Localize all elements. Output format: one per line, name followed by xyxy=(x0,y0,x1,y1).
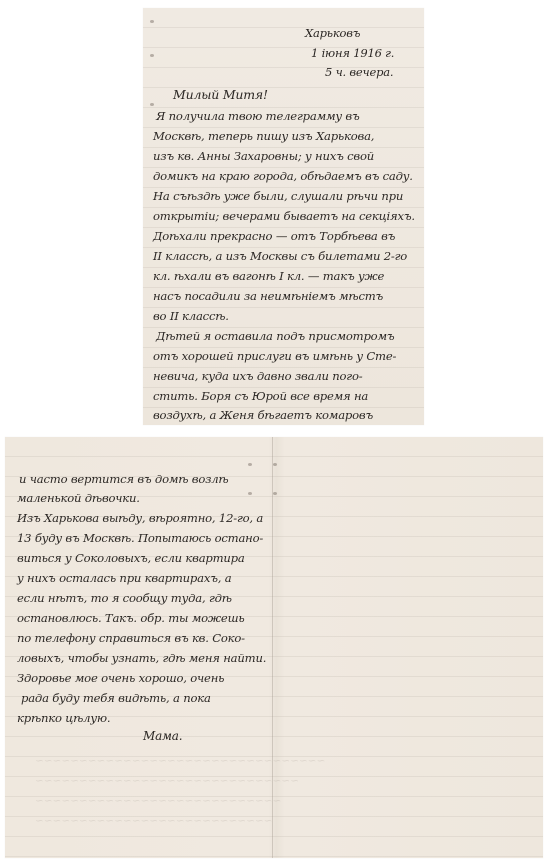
bleed-through-text: ~~~~~~~~~~~~~~~~~~~~~~~~~~~~~~~~~ xyxy=(35,755,325,767)
handwritten-line: маленькой дѣвочки. xyxy=(17,490,140,506)
handwritten-line: Доѣхали прекрасно — отъ Торбѣева въ xyxy=(153,228,395,244)
bleed-through-text: ~~~~~~~~~~~~~~~~~~~~~~~~~~~~ xyxy=(35,795,281,807)
letter-time: 5 ч. вечера. xyxy=(325,65,393,80)
punch-hole-mark xyxy=(150,103,154,106)
handwritten-line: воздухѣ, а Женя бѣгаетъ комаровъ xyxy=(153,407,373,423)
punch-hole-mark xyxy=(273,492,277,495)
handwritten-line: отъ хорошей прислуги въ имѣнь у Сте- xyxy=(153,348,396,364)
handwritten-line: кл. ѣхали въ вагонѣ I кл. — такъ уже xyxy=(153,268,384,284)
punch-hole-mark xyxy=(248,492,252,495)
handwritten-line: крѣпко цѣлую. xyxy=(17,710,110,726)
letter-salutation: Милый Митя! xyxy=(173,87,268,102)
handwritten-line: стить. Боря съ Юрой все время на xyxy=(153,388,368,404)
handwritten-line: Я получила твою телеграмму въ xyxy=(156,108,359,124)
handwritten-line: невича, куда ихъ давно звали пого- xyxy=(153,368,362,384)
punch-hole-mark xyxy=(248,463,252,466)
handwritten-line: во II классѣ. xyxy=(153,308,229,324)
letter-place: Харьковъ xyxy=(305,26,360,41)
handwritten-line: Дѣтей я оставила подъ присмотромъ xyxy=(156,328,394,344)
handwritten-line: по телефону справиться въ кв. Соко- xyxy=(17,630,245,646)
handwritten-line: рада буду тебя видѣть, а пока xyxy=(21,690,211,706)
handwritten-line: Здоровье мое очень хорошо, очень xyxy=(17,670,224,686)
handwritten-line: остановлюсь. Такъ. обр. ты можешь xyxy=(17,610,244,626)
letter-page-2: и часто вертится въ домѣ возлѣ маленькой… xyxy=(5,437,543,858)
handwritten-line: Москвѣ, теперь пишу изъ Харькова, xyxy=(153,128,374,144)
letter-page-1: Харьковъ 1 іюня 1916 г. 5 ч. вечера. Мил… xyxy=(143,8,424,425)
handwritten-line: виться у Соколовыхъ, если квартира xyxy=(17,550,245,566)
handwritten-line: у нихъ осталась при квартирахъ, а xyxy=(17,570,231,586)
handwritten-line: На съѣздѣ уже были, слушали рѣчи при xyxy=(153,188,403,204)
letter-signature: Мама. xyxy=(143,729,182,743)
punch-hole-mark xyxy=(150,20,154,23)
bleed-through-text: ~~~~~~~~~~~~~~~~~~~~~~~~~~~ xyxy=(35,815,273,827)
handwritten-line: домикъ на краю города, обѣдаемъ въ саду. xyxy=(153,168,413,184)
bleed-through-text: ~~~~~~~~~~~~~~~~~~~~~~~~~~~~~~ xyxy=(35,775,299,787)
handwritten-line: 13 буду въ Москвѣ. Попытаюсь остано- xyxy=(17,530,263,546)
handwritten-line: Изъ Харькова выѣду, вѣроятно, 12-го, а xyxy=(17,510,263,526)
handwritten-line: насъ посадили за неимѣніемъ мѣстъ xyxy=(153,288,383,304)
handwritten-line: II классѣ, а изъ Москвы съ билетами 2-го xyxy=(153,248,407,264)
handwritten-line: ловыхъ, чтобы узнать, гдѣ меня найти. xyxy=(17,650,266,666)
handwritten-line: если нѣтъ, то я сообщу туда, гдѣ xyxy=(17,590,232,606)
handwritten-line: открытіи; вечерами бываетъ на секціяхъ. xyxy=(153,208,415,224)
handwritten-line: изъ кв. Анны Захаровны; у нихъ свой xyxy=(153,148,374,164)
handwritten-line: и часто вертится въ домѣ возлѣ xyxy=(19,471,228,487)
letter-date: 1 іюня 1916 г. xyxy=(311,46,394,61)
punch-hole-mark xyxy=(273,463,277,466)
punch-hole-mark xyxy=(150,54,154,57)
